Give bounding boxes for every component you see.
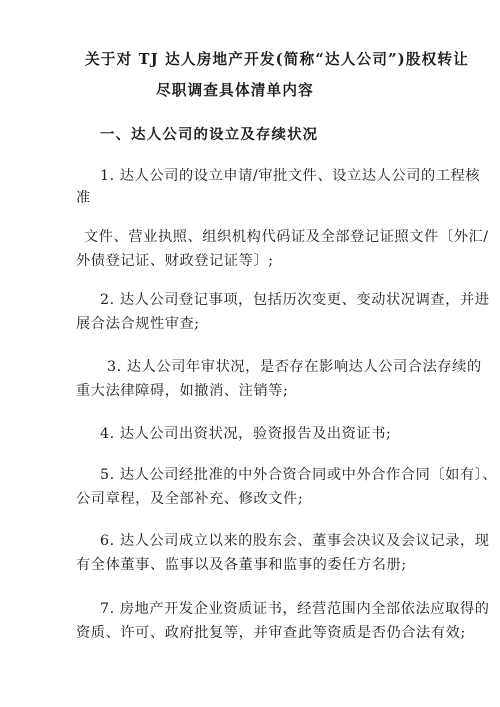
item-6-line-2: 有全体董事、监事以及各董事和监事的委任方名册; [76, 556, 407, 574]
item-2-line-1: 2. 达人公司登记事项，包括历次变更、变动状况调查，并进 [100, 291, 490, 309]
item-3-line-1: 3. 达人公司年审状况，是否存在影响达人公司合法存续的 [107, 358, 482, 376]
item-7-line-1: 7. 房地产开发企业资质证书，经营范围内全部依法应取得的 [100, 600, 490, 618]
item-1-line-2: 准 [76, 189, 91, 207]
item-5-line-1: 5. 达人公司经批准的中外合资合同或中外合作合同〔如有〕、 [100, 466, 497, 484]
item-4-line-1: 4. 达人公司出资状况，验资报告及出资证书; [100, 425, 391, 443]
item-7-line-2: 资质、许可、政府批复等，并审查此等资质是否仍合法有效; [76, 624, 466, 642]
item-3-line-2: 重大法律障碍，如撤消、注销等; [76, 382, 288, 400]
document-title-line-2: 尽职调查具体清单内容 [156, 82, 314, 100]
item-1-line-1: 1. 达人公司的设立申请/审批文件、设立达人公司的工程核 [100, 167, 480, 185]
document-page: 关于对 TJ 达人房地产开发(简称“达人公司”)股权转让 尽职调查具体清单内容 … [0, 0, 500, 707]
item-6-line-1: 6. 达人公司成立以来的股东会、董事会决议及会议记录，现 [100, 532, 490, 550]
item-2-line-2: 展合法合规性审查; [76, 315, 200, 333]
section-heading: 一、达人公司的设立及存续状况 [100, 126, 318, 144]
item-1b-line-1: 文件、营业执照、组织机构代码证及全部登记证照文件〔外汇/ [84, 228, 489, 246]
item-5-line-2: 公司章程，及全部补充、修改文件; [76, 490, 303, 508]
item-1b-line-2: 外债登记证、财政登记证等〕; [76, 252, 274, 270]
document-title-line-1: 关于对 TJ 达人房地产开发(简称“达人公司”)股权转让 [85, 51, 469, 69]
